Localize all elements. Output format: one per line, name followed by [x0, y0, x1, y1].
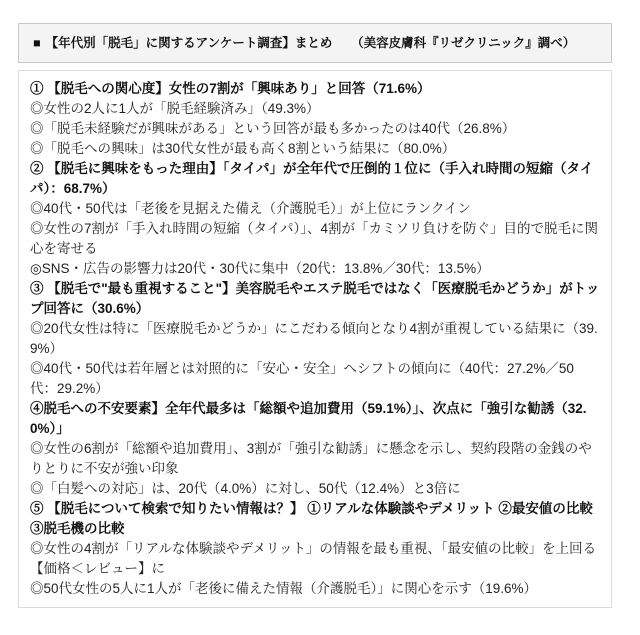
summary-bullet-text: 「脱毛未経験だが興味がある」という回答が最も多かったのは40代（26.8%） — [44, 121, 516, 136]
double-circle-bullet-icon: ◎ — [30, 481, 44, 496]
double-circle-bullet-icon: ◎ — [30, 321, 44, 336]
square-bullet-icon: ■ — [33, 36, 41, 50]
summary-bullet: ◎「白髪への対応」は、20代（4.0%）に対し、50代（12.4%）と3倍に — [30, 479, 600, 499]
double-circle-bullet-icon: ◎ — [30, 361, 44, 376]
summary-bullet: ◎女性の2人に1人が「脱毛経験済み」（49.3%） — [30, 99, 600, 119]
double-circle-bullet-icon: ◎ — [30, 541, 44, 556]
double-circle-bullet-icon: ◎ — [30, 101, 44, 116]
summary-bullet-text: 40代・50代は若年層とは対照的に「安心・安全」へシフトの傾向に（40代：27.… — [30, 361, 574, 396]
summary-heading-2: ② 【脱毛に興味をもった理由】「タイパ」が全年代で圧倒的１位に（手入れ時間の短縮… — [30, 159, 600, 199]
double-circle-bullet-icon: ◎ — [30, 201, 44, 216]
survey-summary-report: ■【年代別「脱毛」に関するアンケート調査】まとめ （美容皮膚科『リゼクリニック』… — [18, 23, 612, 608]
double-circle-bullet-icon: ◎ — [30, 141, 44, 156]
summary-bullet-text: 女性の6割が「総額や追加費用」、3割が「強引な勧誘」に懸念を示し、契約段階の金銭… — [30, 441, 592, 476]
summary-heading-4: ④脱毛への不安要素】全年代最多は「総額や追加費用（59.1%）」、次点に「強引な… — [30, 399, 600, 439]
circled-number-icon: ③ — [30, 281, 44, 296]
summary-heading-1: ① 【脱毛への関心度】女性の7割が「興味あり」と回答（71.6%） — [30, 79, 600, 99]
double-circle-bullet-icon: ◎ — [30, 441, 44, 456]
summary-bullet: ◎女性の7割が「手入れ時間の短縮（タイパ）」、4割が「カミソリ負けを防ぐ」目的で… — [30, 219, 600, 259]
summary-bullet: ◎40代・50代は「老後を見据えた備え（介護脱毛）」が上位にランクイン — [30, 199, 600, 219]
double-circle-bullet-icon: ◎ — [30, 221, 44, 236]
summary-bullet-text: 40代・50代は「老後を見据えた備え（介護脱毛）」が上位にランクイン — [44, 201, 471, 216]
double-circle-bullet-icon: ◎ — [30, 121, 44, 136]
summary-bullet-text: 女性の4割が「リアルな体験談やデメリット」の情報を最も重視、「最安値の比較」を上… — [30, 541, 596, 576]
circled-number-icon: ① — [30, 81, 44, 96]
summary-bullet: ◎女性の6割が「総額や追加費用」、3割が「強引な勧誘」に懸念を示し、契約段階の金… — [30, 439, 600, 479]
report-title-bar: ■【年代別「脱毛」に関するアンケート調査】まとめ （美容皮膚科『リゼクリニック』… — [18, 23, 612, 63]
report-title: 【年代別「脱毛」に関するアンケート調査】まとめ （美容皮膚科『リゼクリニック』調… — [46, 36, 576, 50]
summary-bullet-text: 50代女性の5人に1人が「老後に備えた情報（介護脱毛）」に関心を示す（19.6%… — [44, 581, 538, 596]
summary-bullet-text: 「白髪への対応」は、20代（4.0%）に対し、50代（12.4%）と3倍に — [44, 481, 461, 496]
summary-bullet-text: 「脱毛への興味」は30代女性が最も高く8割という結果に（80.0%） — [44, 141, 456, 156]
summary-heading-text: 【脱毛で"最も重視すること"】美容脱毛やエステ脱毛ではなく「医療脱毛かどうか」が… — [30, 281, 599, 316]
summary-heading-text: 【脱毛に興味をもった理由】「タイパ」が全年代で圧倒的１位に（手入れ時間の短縮（タ… — [30, 161, 593, 196]
summary-heading-text: 【脱毛について検索で知りたい情報は？】 ①リアルな体験談やデメリット ②最安値の… — [30, 501, 593, 536]
summary-bullet: ◎「脱毛未経験だが興味がある」という回答が最も多かったのは40代（26.8%） — [30, 119, 600, 139]
summary-bullet: ◎SNS・広告の影響力は20代・30代に集中（20代：13.8%／30代：13.… — [30, 259, 600, 279]
double-circle-bullet-icon: ◎ — [30, 261, 42, 276]
summary-bullet-text: 女性の2人に1人が「脱毛経験済み」（49.3%） — [44, 101, 320, 116]
summary-heading-3: ③ 【脱毛で"最も重視すること"】美容脱毛やエステ脱毛ではなく「医療脱毛かどうか… — [30, 279, 600, 319]
circled-number-icon: ② — [30, 161, 44, 176]
summary-bullet: ◎20代女性は特に「医療脱毛かどうか」にこだわる傾向となり4割が重視している結果… — [30, 319, 600, 359]
summary-bullet: ◎40代・50代は若年層とは対照的に「安心・安全」へシフトの傾向に（40代：27… — [30, 359, 600, 399]
circled-number-icon: ④ — [30, 401, 44, 416]
summary-content-box: ① 【脱毛への関心度】女性の7割が「興味あり」と回答（71.6%） ◎女性の2人… — [18, 70, 612, 608]
summary-heading-text: 脱毛への不安要素】全年代最多は「総額や追加費用（59.1%）」、次点に「強引な勧… — [30, 401, 587, 436]
summary-heading-5: ⑤ 【脱毛について検索で知りたい情報は？】 ①リアルな体験談やデメリット ②最安… — [30, 499, 600, 539]
summary-bullet-text: 20代女性は特に「医療脱毛かどうか」にこだわる傾向となり4割が重視している結果に… — [30, 321, 598, 356]
summary-bullet: ◎50代女性の5人に1人が「老後に備えた情報（介護脱毛）」に関心を示す（19.6… — [30, 579, 600, 599]
summary-heading-text: 【脱毛への関心度】女性の7割が「興味あり」と回答（71.6%） — [44, 81, 431, 96]
summary-bullet: ◎「脱毛への興味」は30代女性が最も高く8割という結果に（80.0%） — [30, 139, 600, 159]
summary-bullet-text: 女性の7割が「手入れ時間の短縮（タイパ）」、4割が「カミソリ負けを防ぐ」目的で脱… — [30, 221, 598, 256]
summary-bullet: ◎女性の4割が「リアルな体験談やデメリット」の情報を最も重視、「最安値の比較」を… — [30, 539, 600, 579]
double-circle-bullet-icon: ◎ — [30, 581, 44, 596]
circled-number-icon: ⑤ — [30, 501, 44, 516]
summary-bullet-text: SNS・広告の影響力は20代・30代に集中（20代：13.8%／30代：13.5… — [42, 261, 490, 276]
